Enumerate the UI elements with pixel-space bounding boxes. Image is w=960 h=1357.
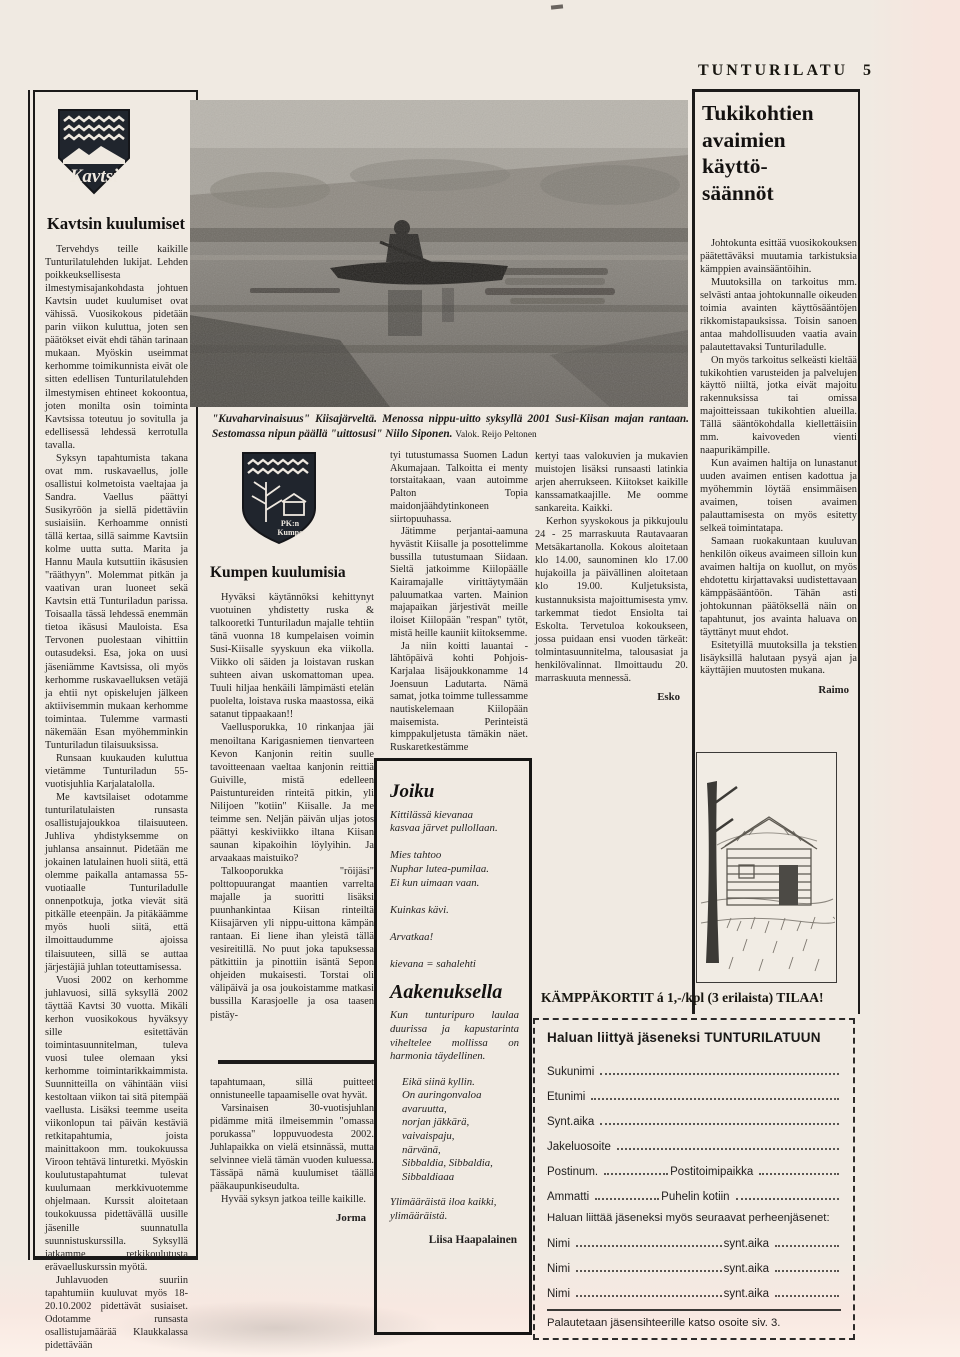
- dotted-line: [736, 1196, 839, 1200]
- kumpen-body-col2: Hyväksi käytännöksi kehittynyt vuotuinen…: [210, 591, 374, 1022]
- section-divider: [218, 1060, 374, 1064]
- photo-credit: Valok. Reijo Peltonen: [455, 430, 536, 440]
- caption-text: "Kuvaharvinaisuus" Kiisajärveltä. Menoss…: [212, 413, 689, 440]
- paragraph: Syksyn tapahtumista takana ovat mm. rusk…: [45, 452, 188, 752]
- aakenuksella-intro: Kun tunturipuro laulaa duurissa ja kapus…: [390, 1009, 519, 1063]
- avaimet-signature: Raimo: [700, 684, 857, 696]
- aakenuksella-stanza: Eikä siinä kyllin. On auringonvaloa avar…: [402, 1076, 519, 1185]
- rule-vertical-right: [858, 89, 860, 1014]
- kavtsi-logo-text: Kavtsi: [69, 166, 119, 187]
- kavtsi-signature: Jorma: [210, 1212, 374, 1224]
- joiku-poem: Kittilässä kievanaa kasvaa järvet pullol…: [390, 809, 519, 972]
- kavtsi-logo-icon: Kavtsi: [57, 108, 131, 196]
- cabin-sketch: [696, 752, 837, 983]
- kavtsi-article-continuation: tapahtumaan, sillä puitteet onnistuneell…: [210, 1076, 374, 1224]
- membership-coupon: Haluan liittyä jäseneksi TUNTURILATUUN S…: [533, 1018, 855, 1340]
- paragraph: On myös tarkoitus selkeästi kieltää tuki…: [700, 355, 857, 459]
- scan-mark: [551, 4, 563, 9]
- paragraph: Me kavtsilaiset odotamme tunturilatulais…: [45, 791, 188, 974]
- magazine-title: TUNTURILATU: [698, 62, 848, 80]
- field-address: Jakeluosoite: [547, 1128, 841, 1153]
- kumpen-article-col4: kertyi taas valokuvien ja mukavien muist…: [535, 450, 688, 703]
- field-label: Sukunimi: [547, 1066, 594, 1078]
- field-label: Ammatti: [547, 1191, 589, 1203]
- coupon-footer: Palautetaan jäsensihteerille katso osoit…: [547, 1309, 841, 1337]
- paragraph: Hyvää syksyn jatkoa teille kaikille.: [210, 1193, 374, 1206]
- paragraph: Tervehdys teille kaikille Tunturilatuleh…: [45, 243, 188, 452]
- field-label: Jakeluosoite: [547, 1141, 611, 1153]
- dotted-line: [759, 1171, 839, 1175]
- rule-vertical-left: [692, 89, 695, 1014]
- kavtsi-box-outer-line: [28, 90, 30, 1260]
- dotted-line: [591, 1096, 839, 1100]
- kumpen-signature: Esko: [535, 691, 688, 703]
- paragraph: Runsaan kuukauden kuluttua vietämme Tunt…: [45, 752, 188, 791]
- field-label: Etunimi: [547, 1091, 585, 1103]
- family-member-row: Nimi synt.aika: [547, 1275, 841, 1300]
- dotted-line: [576, 1268, 722, 1272]
- kumpe-logo-text1: PK:n: [281, 519, 300, 528]
- aakenuksella-outro: Ylimääräistä iloa kaikki, ylimääräistä.: [390, 1196, 519, 1223]
- field-occupation-phone: Ammatti Puhelin kotiin: [547, 1178, 841, 1203]
- paragraph: Esitetyillä muutoksilla ja tekstien lisä…: [700, 640, 857, 679]
- avaimet-heading: Tukikohtien avaimien käyttö- säännöt: [702, 100, 858, 206]
- poem-author: Liisa Haapalainen: [390, 1234, 519, 1248]
- field-label: Puhelin kotiin: [661, 1191, 729, 1203]
- scanned-magazine-page: { "page": { "title": "TUNTURILATU", "num…: [0, 0, 960, 1357]
- dotted-line: [600, 1071, 839, 1075]
- field-surname: Sukunimi: [547, 1053, 841, 1078]
- aakenuksella-heading: Aakenuksella: [390, 986, 519, 1000]
- kumpe-logo-icon: PK:n Kumpe: [240, 450, 318, 546]
- paragraph: kertyi taas valokuvien ja mukavien muist…: [535, 450, 688, 515]
- field-label: Synt.aika: [547, 1116, 594, 1128]
- masthead: TUNTURILATU 5: [698, 62, 874, 80]
- field-label: synt.aika: [724, 1263, 769, 1275]
- scan-tint-right: [865, 0, 960, 1357]
- poem-box: Joiku Kittilässä kievanaa kasvaa järvet …: [374, 758, 532, 1335]
- river-logging-photo: [190, 100, 688, 407]
- dotted-line: [775, 1268, 839, 1272]
- rule-top-right: [694, 89, 860, 92]
- dotted-line: [775, 1243, 839, 1247]
- dotted-line: [600, 1121, 839, 1125]
- paragraph: Samaan ruokakuntaan kuuluvan henkilön oi…: [700, 536, 857, 640]
- paragraph: Talkooporukka "röijäsi" polttopuurangat …: [210, 865, 374, 1022]
- dotted-line: [576, 1243, 722, 1247]
- joiku-heading: Joiku: [390, 785, 519, 799]
- kavtsi-heading: Kavtsin kuulumiset: [47, 214, 188, 234]
- avaimet-article: Johtokunta esittää vuosikokouksen päätet…: [700, 238, 857, 696]
- paragraph: Muutoksilla on tarkoitus mm. selvästi an…: [700, 277, 857, 355]
- paragraph: tyi tutustumassa Suomen Ladun Akumajaan.…: [390, 450, 528, 526]
- photo-artwork: [190, 100, 688, 407]
- field-postal: Postinum. Postitoimipaikka: [547, 1153, 841, 1178]
- paragraph: tapahtumaan, sillä puitteet onnistuneell…: [210, 1076, 374, 1102]
- paragraph: Johtokunta esittää vuosikokouksen päätet…: [700, 238, 857, 277]
- field-label: Nimi: [547, 1288, 570, 1300]
- field-label: synt.aika: [724, 1288, 769, 1300]
- field-firstname: Etunimi: [547, 1078, 841, 1103]
- dotted-line: [775, 1293, 839, 1297]
- kumpen-heading: Kumpen kuulumisia: [210, 564, 374, 582]
- kavtsi-body: Tervehdys teille kaikille Tunturilatuleh…: [45, 243, 188, 1352]
- coupon-title: Haluan liittyä jäseneksi TUNTURILATUUN: [547, 1030, 841, 1045]
- kumpe-logo-text2: Kumpe: [277, 528, 303, 537]
- dotted-line: [595, 1196, 659, 1200]
- dotted-line: [604, 1171, 668, 1175]
- paragraph: Kun avaimen haltija on lunastanut uuden …: [700, 458, 857, 536]
- photo-caption: "Kuvaharvinaisuus" Kiisajärveltä. Menoss…: [212, 412, 689, 442]
- kumpen-article-col2: PK:n Kumpe Kumpen kuulumisia Hyväksi käy…: [210, 450, 374, 1022]
- paragraph: Vaellusporukka, 10 rinkanjaa jäi menoilt…: [210, 721, 374, 865]
- kamppakortit-order-line: KÄMPPÄKORTIT á 1,-/kpl (3 erilaista) TIL…: [541, 990, 824, 1006]
- paragraph: Jätimme perjantai-aamuna hyvästit Kiisal…: [390, 526, 528, 640]
- cabin-sketch-art: [697, 753, 835, 981]
- paragraph: Ja niin koitti lauantai - lähtöpäivä koh…: [390, 641, 528, 755]
- field-label: Nimi: [547, 1238, 570, 1250]
- field-label: Postitoimipaikka: [670, 1166, 753, 1178]
- paragraph: Varsinaisen 30-vuotisjuhlan pidämme mitä…: [210, 1102, 374, 1193]
- paragraph: Hyväksi käytännöksi kehittynyt vuotuinen…: [210, 591, 374, 721]
- dotted-line: [617, 1146, 839, 1150]
- family-member-row: Nimi synt.aika: [547, 1250, 841, 1275]
- family-member-row: Nimi synt.aika: [547, 1225, 841, 1250]
- field-birthdate: Synt.aika: [547, 1103, 841, 1128]
- paragraph: Vuosi 2002 on kerhomme juhlavuosi, sillä…: [45, 974, 188, 1274]
- kumpen-article-col3: tyi tutustumassa Suomen Ladun Akumajaan.…: [390, 450, 528, 755]
- paragraph: Kerhon syyskokous ja pikkujoulu 24 - 25 …: [535, 515, 688, 685]
- field-label: synt.aika: [724, 1238, 769, 1250]
- page-number: 5: [863, 62, 874, 80]
- family-note: Haluan liittää jäseneksi myös seuraavat …: [547, 1212, 841, 1224]
- field-label: Postinum.: [547, 1166, 598, 1178]
- kavtsi-article: Kavtsi Kavtsin kuulumiset Tervehdys teil…: [33, 90, 198, 1260]
- dotted-line: [576, 1293, 722, 1297]
- field-label: Nimi: [547, 1263, 570, 1275]
- paragraph: Juhlavuoden suuriin tapahtumiin kuuluvat…: [45, 1274, 188, 1352]
